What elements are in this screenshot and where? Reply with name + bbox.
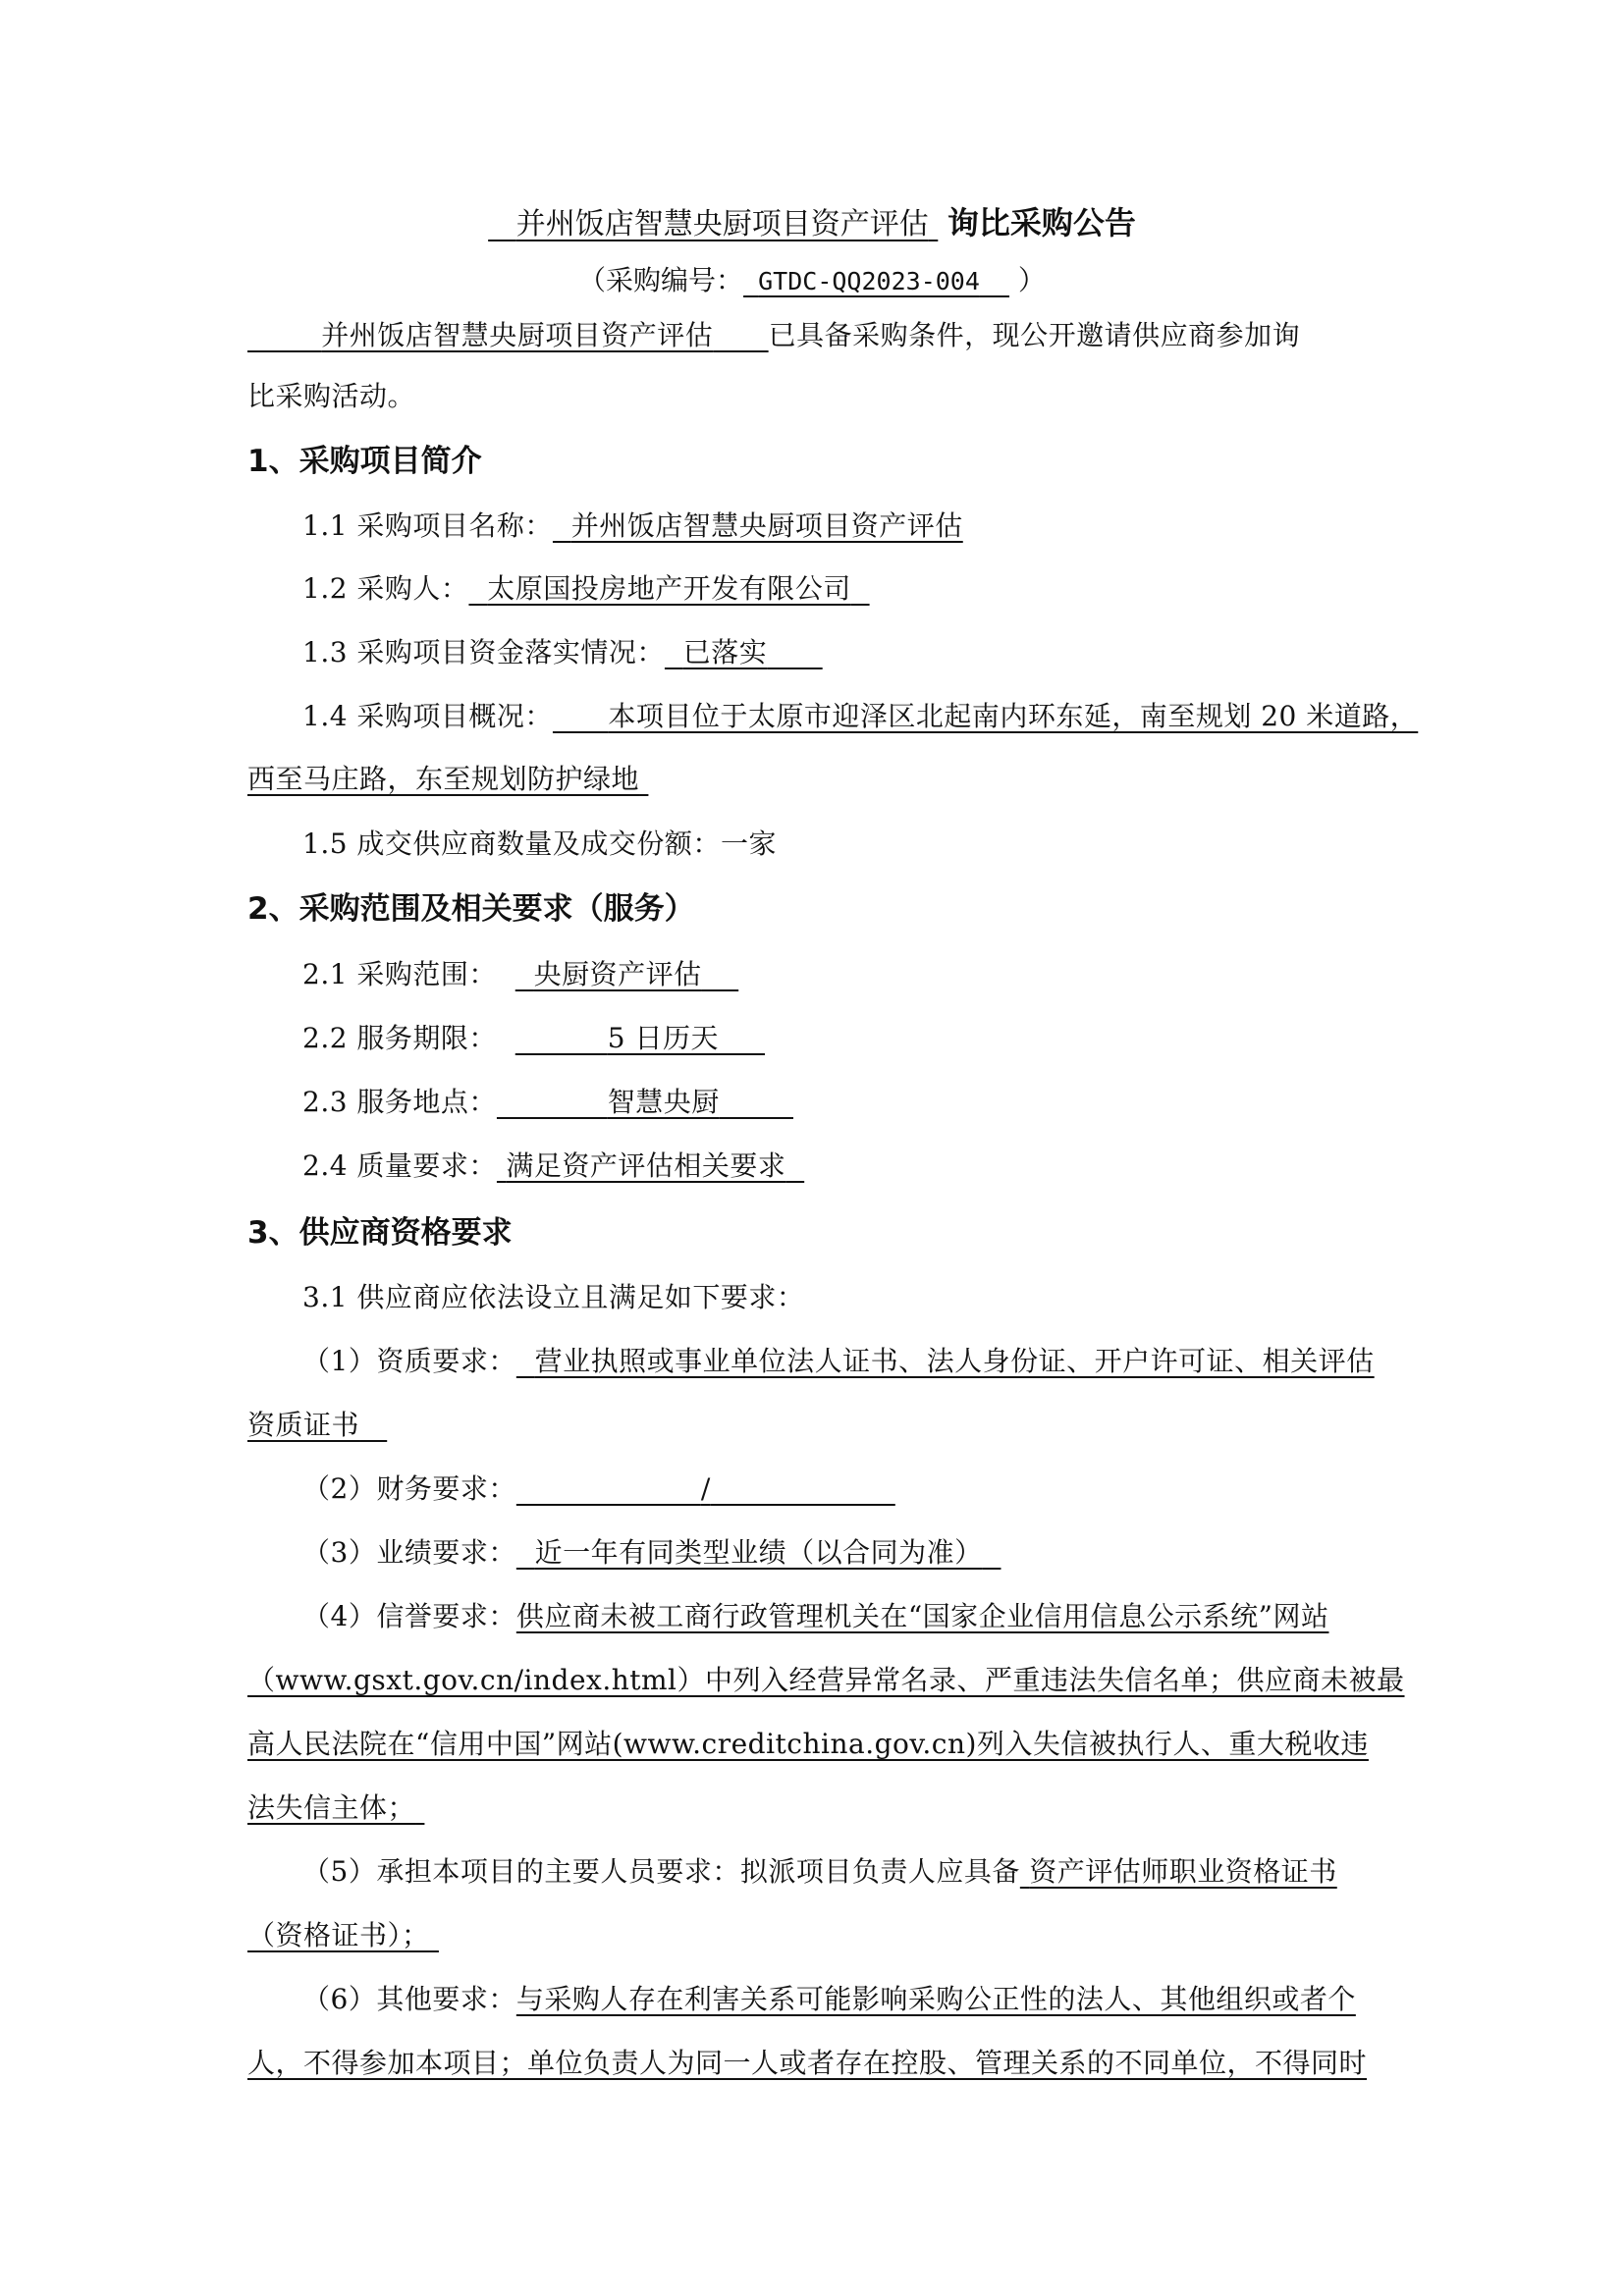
req-4-line-2: （www.gsxt.gov.cn/index.html）中列入经营异常名录、严重… — [247, 1661, 1386, 1700]
req-2: （2）财务要求： / — [302, 1469, 1441, 1509]
item-2-3: 2.3 服务地点： 智慧央厨 — [302, 1083, 1441, 1122]
item-1-1: 1.1 采购项目名称： 并州饭店智慧央厨项目资产评估 — [302, 507, 1441, 546]
item-1-3: 1.3 采购项目资金落实情况： 已落实 — [302, 633, 1441, 672]
req-4-line-1: （4）信誉要求：供应商未被工商行政管理机关在“国家企业信用信息公示系统”网站 — [302, 1597, 1386, 1636]
item-2-2: 2.2 服务期限： 5 日历天 — [302, 1019, 1441, 1058]
intro-line-2: 比采购活动。 — [247, 377, 1386, 416]
req-1-line-2: 资质证书 — [247, 1406, 1386, 1445]
req-6-line-1: （6）其他要求：与采购人存在利害关系可能影响采购公正性的法人、其他组织或者个 — [302, 1980, 1386, 2019]
section-3-heading: 3、供应商资格要求 — [247, 1211, 513, 1255]
item-2-4: 2.4 质量要求： 满足资产评估相关要求 — [302, 1147, 1441, 1186]
document-title: 并州饭店智慧央厨项目资产评估 询比采购公告 — [0, 201, 1624, 246]
item-2-1: 2.1 采购范围： 央厨资产评估 — [302, 955, 1441, 994]
item-1-4-line-1: 1.4 采购项目概况： 本项目位于太原市迎泽区北起南内环东延，南至规划 20 米… — [302, 697, 1386, 736]
title-suffix: 询比采购公告 — [947, 204, 1136, 241]
document-page: 并州饭店智慧央厨项目资产评估 询比采购公告 （采购编号： GTDC-QQ2023… — [0, 0, 1624, 2296]
section-2-heading: 2、采购范围及相关要求（服务） — [247, 887, 695, 931]
intro-line-1: 并州饭店智慧央厨项目资产评估 已具备采购条件，现公开邀请供应商参加询 — [247, 316, 1386, 355]
req-5-line-2: （资格证书）； — [247, 1916, 1386, 1955]
procurement-number-value: GTDC-QQ2023-004 — [743, 267, 1009, 295]
req-4-line-3: 高人民法院在“信用中国”网站(www.creditchina.gov.cn)列入… — [247, 1725, 1386, 1764]
req-6-line-2: 人，不得参加本项目；单位负责人为同一人或者存在控股、管理关系的不同单位，不得同时 — [247, 2044, 1386, 2083]
req-5-line-1: （5）承担本项目的主要人员要求：拟派项目负责人应具备 资产评估师职业资格证书 — [302, 1852, 1386, 1892]
section-1-heading: 1、采购项目简介 — [247, 440, 482, 483]
intro-project-name: 并州饭店智慧央厨项目资产评估 — [247, 319, 769, 351]
item-3-1: 3.1 供应商应依法设立且满足如下要求： — [302, 1278, 1441, 1317]
req-1-line-1: （1）资质要求： 营业执照或事业单位法人证书、法人身份证、开户许可证、相关评估 — [302, 1342, 1386, 1381]
procurement-number: （采购编号： GTDC-QQ2023-004 ） — [0, 261, 1624, 301]
item-1-4-line-2: 西至马庄路，东至规划防护绿地 — [247, 760, 1386, 799]
title-project-name: 并州饭店智慧央厨项目资产评估 — [488, 207, 938, 241]
item-1-5: 1.5 成交供应商数量及成交份额：一家 — [302, 825, 1441, 864]
req-3: （3）业绩要求： 近一年有同类型业绩（以合同为准） — [302, 1533, 1441, 1573]
req-4-line-4: 法失信主体； — [247, 1789, 1386, 1828]
item-1-2: 1.2 采购人： 太原国投房地产开发有限公司 — [302, 569, 1441, 609]
